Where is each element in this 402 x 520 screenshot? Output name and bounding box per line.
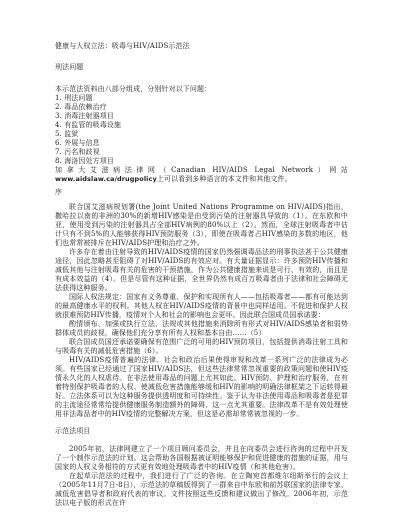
preface-heading: 序 (55, 188, 348, 197)
project-paragraph-1: 2005年初，法律网建立了一个项目顾问委员会，并且在向委员会进行咨询的过程中开发… (55, 445, 348, 472)
criminal-law-heading: 刑法问题 (55, 63, 348, 72)
preface-paragraph-5: 联合国成员国还承诺要确保有范围广泛的可用的HIV预防项目，包括提供消毒注射工具和… (55, 338, 348, 356)
document-title: 健康与人权立法：吸毒与HIV/AIDS示范法 (55, 42, 348, 51)
drugpolicy-url-text: www.aidslaw.ca/drugpolicy (55, 175, 157, 183)
model-law-project-heading: 示范法项目 (55, 427, 348, 436)
toc-item-2: 2. 毒品依赖治疗 (55, 103, 348, 112)
toc-item-4: 4. 有监管的吸毒设施 (55, 121, 348, 130)
toc-item-6: 6. 外展与信息 (55, 139, 348, 148)
document-page: 健康与人权立法：吸毒与HIV/AIDS示范法 刑法问题 本示范法资料由八部分组成… (0, 0, 402, 520)
toc-item-7: 7. 污名和歧视 (55, 148, 348, 157)
toc-item-8: 8. 海洛因处方项目 (55, 157, 348, 166)
preface-paragraph-2: 许多存在着由注射导致的HIV/AIDS疫情的国家仍然强调毒品法的刑事执法甚于公共… (55, 248, 348, 293)
toc-item-1: 1. 刑法问题 (55, 94, 348, 103)
legal-network-note-post: 上可以看到多种语言的本文件和其他文件。 (157, 175, 292, 183)
legal-network-note-pre: 加拿大艾滋病法律网（Canadian HIV/AIDS Legal Networ… (55, 166, 348, 174)
preface-paragraph-3: 国际人权法规定：国家有义务尊重、保护和实现所有人——包括吸毒者——都有可能达到的… (55, 293, 348, 320)
preface-paragraph-1: 联合国艾滋病规划署(the Joint United Nations Progr… (55, 203, 348, 248)
toc-item-3: 3. 消毒注射器项目 (55, 112, 348, 121)
toc-intro-line: 本示范法资料由八部分组成，分别针对以下问题： (55, 85, 348, 94)
project-paragraph-2: 在起草示范法的过程中，我们进行了广泛的咨询。在立陶宛首都维尔纽斯举行的会议上（2… (55, 472, 348, 508)
contents-list: 1. 刑法问题 2. 毒品依赖治疗 3. 消毒注射器项目 4. 有监管的吸毒设施… (55, 94, 348, 166)
preface-paragraph-4: 酌情颁布、加强或执行立法、法规或其他措施来消除所有形式对HIV/AIDS感染者和… (55, 320, 348, 338)
preface-paragraph-6: HIV/AIDS疫情普遍的法律、社会和政治后果使得审视和改革一系列广泛的法律成为… (55, 356, 348, 419)
toc-item-5: 5. 监狱 (55, 130, 348, 139)
legal-network-note: 加拿大艾滋病法律网（Canadian HIV/AIDS Legal Networ… (55, 166, 348, 184)
